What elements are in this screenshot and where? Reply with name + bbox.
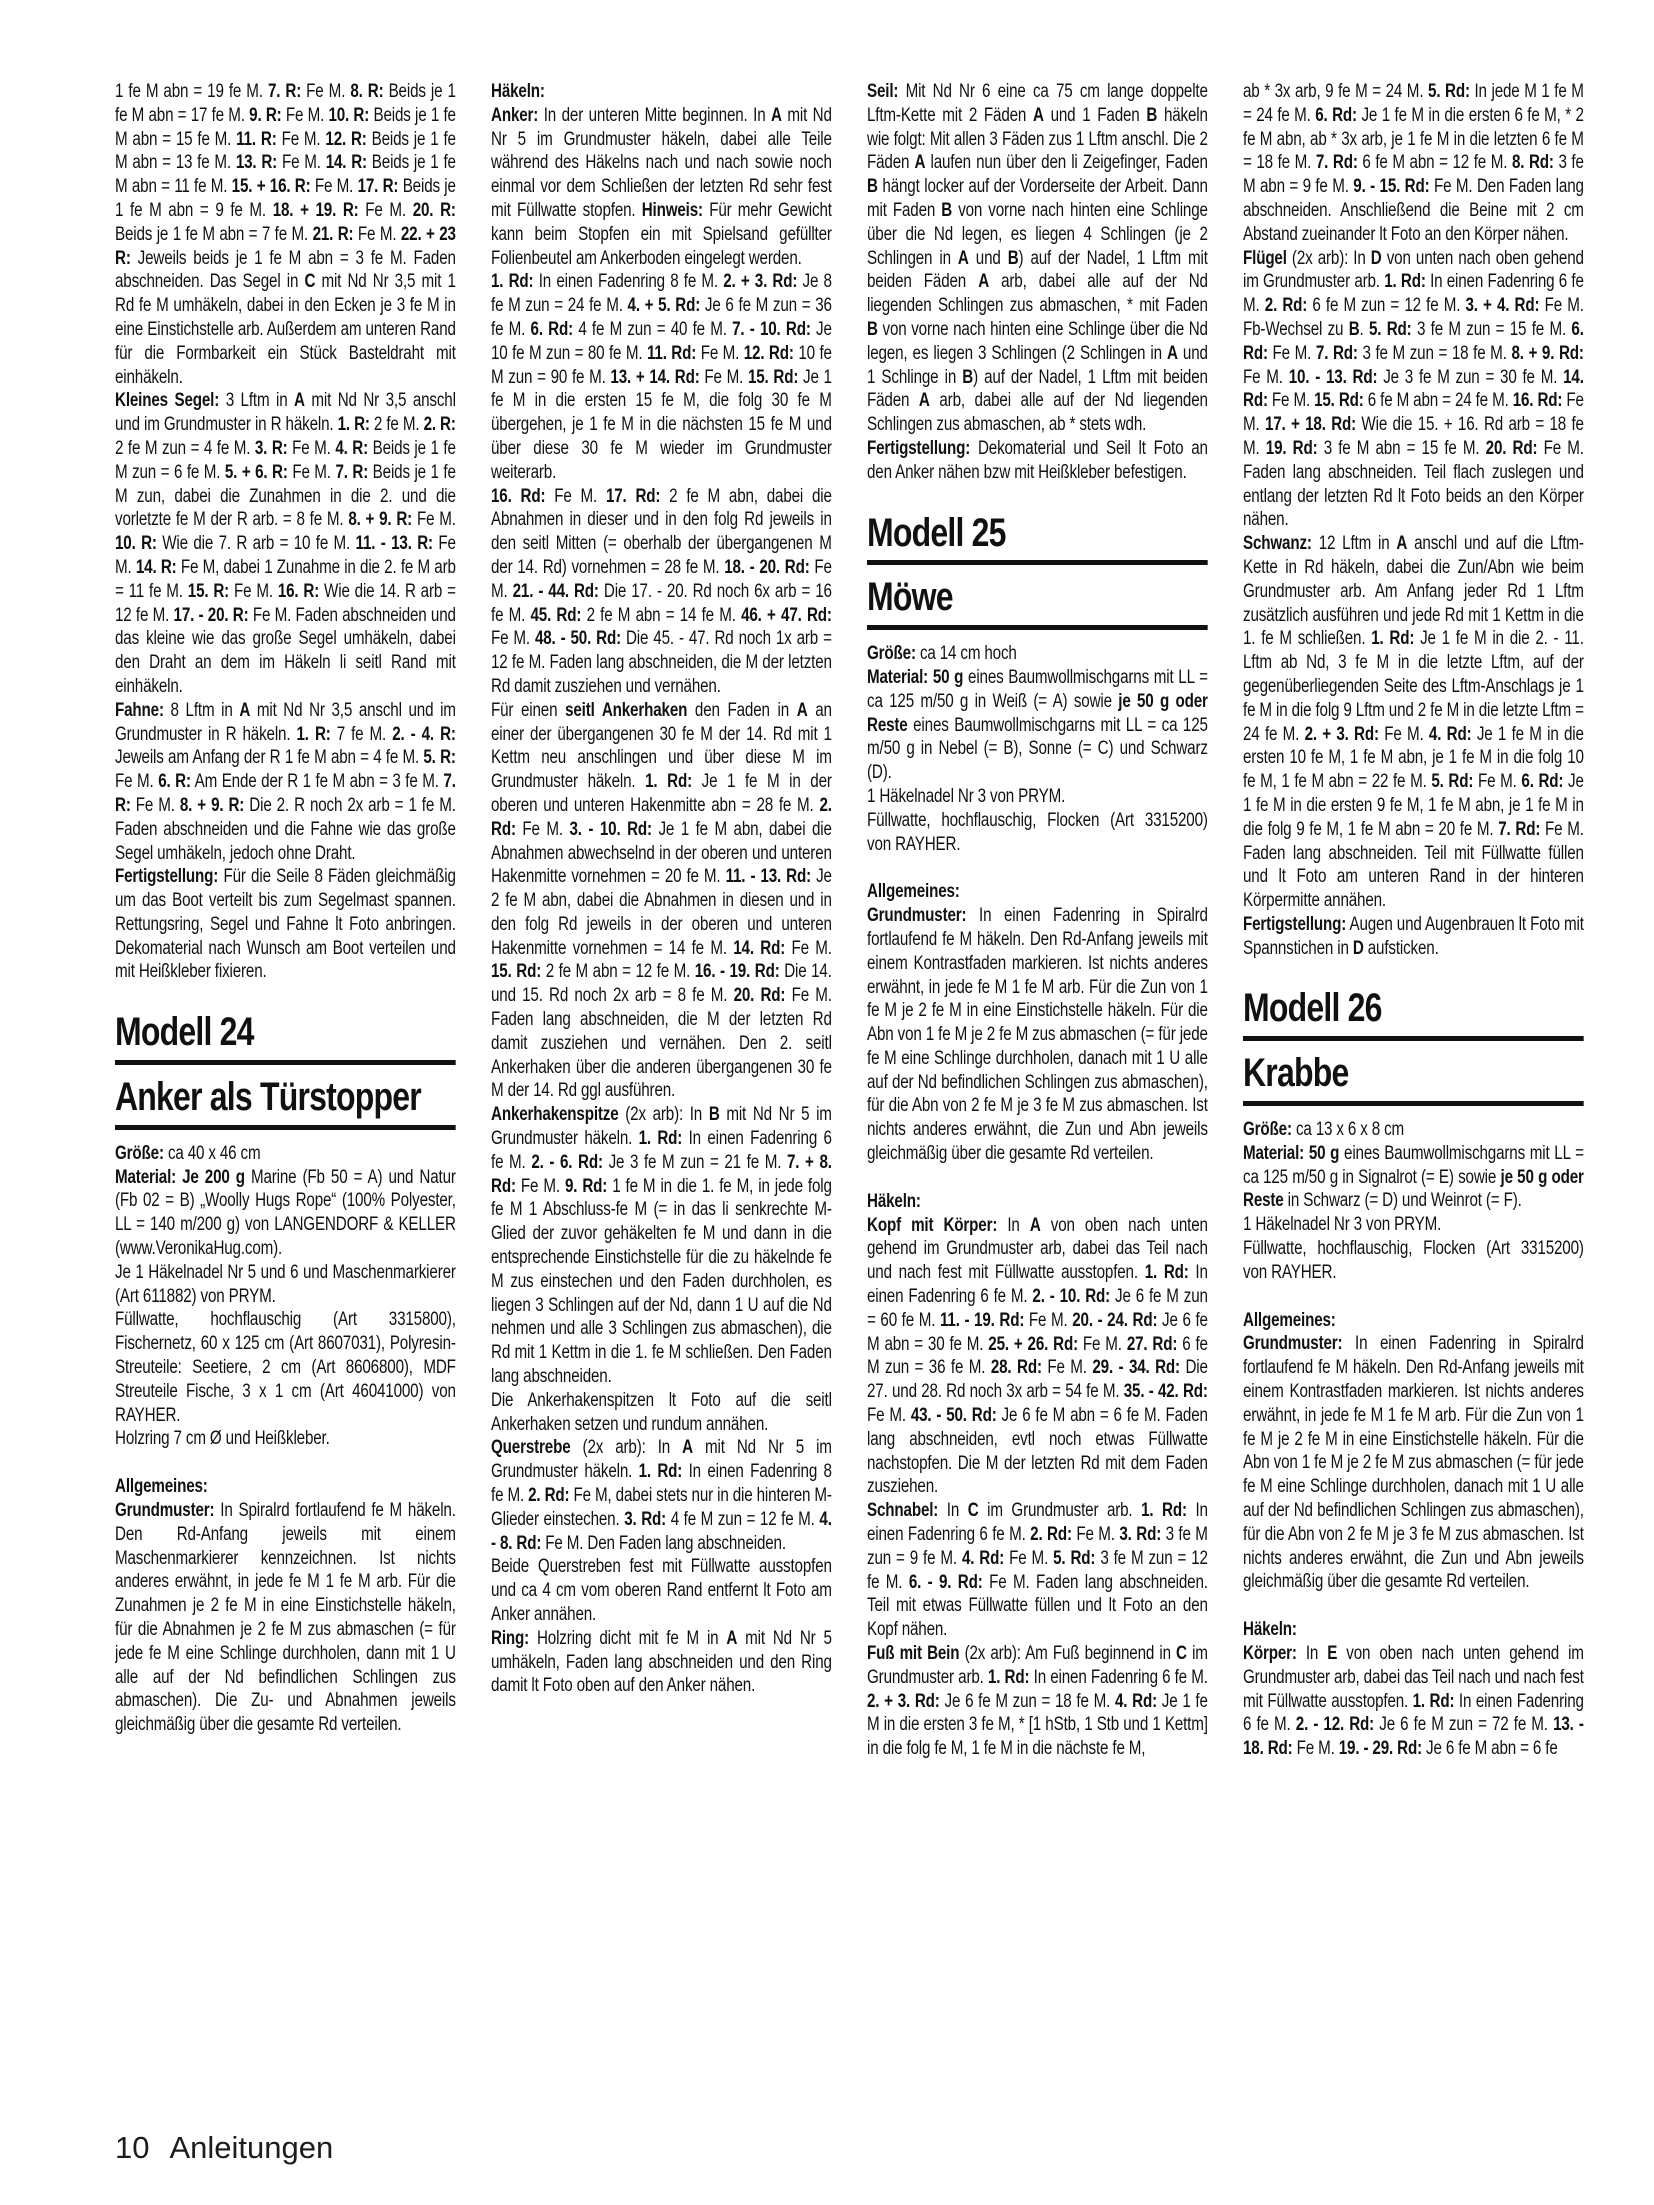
model-title: Modell 24	[115, 1012, 456, 1065]
text-column-3: Seil: Mit Nd Nr 6 eine ca 75 cm lange do…	[867, 80, 1208, 2132]
text-column-1: 1 fe M abn = 19 fe M. 7. R: Fe M. 8. R: …	[115, 80, 456, 2132]
paragraph-gap	[867, 1166, 1208, 1190]
paragraph: Material: Je 200 g Marine (Fb 50 = A) un…	[115, 1166, 456, 1261]
page-number: 10	[115, 2130, 149, 2166]
footer-label: Anleitungen	[169, 2130, 333, 2165]
paragraph: Allgemeines:	[115, 1475, 456, 1499]
paragraph-gap	[1243, 1285, 1584, 1309]
paragraph: 1. Rd: In einen Fadenring 8 fe M. 2. + 3…	[491, 270, 832, 484]
paragraph: Material: 50 g eines Baumwollmischgarns …	[1243, 1142, 1584, 1213]
paragraph: Flügel (2x arb): In D von unten nach obe…	[1243, 247, 1584, 533]
paragraph: 1 Häkelnadel Nr 3 von PRYM.	[1243, 1213, 1584, 1237]
paragraph-gap	[115, 1451, 456, 1475]
paragraph: Allgemeines:	[867, 880, 1208, 904]
paragraph: Beide Querstreben fest mit Füllwatte aus…	[491, 1555, 832, 1626]
text-column-2: Häkeln:Anker: In der unteren Mitte begin…	[491, 80, 832, 2132]
paragraph: Grundmuster: In einen Fadenring in Spira…	[1243, 1332, 1584, 1594]
paragraph: Körper: In E von oben nach unten gehend …	[1243, 1642, 1584, 1761]
paragraph: 1 fe M abn = 19 fe M. 7. R: Fe M. 8. R: …	[115, 80, 456, 389]
paragraph: 1 Häkelnadel Nr 3 von PRYM.	[867, 785, 1208, 809]
paragraph: Ring: Holzring dicht mit fe M in A mit N…	[491, 1627, 832, 1698]
model-title: Modell 26	[1243, 988, 1584, 1041]
paragraph: Die Ankerhakenspitzen lt Foto auf die se…	[491, 1389, 832, 1437]
paragraph: Kleines Segel: 3 Lftm in A mit Nd Nr 3,5…	[115, 389, 456, 698]
model-title: Krabbe	[1243, 1053, 1584, 1106]
paragraph: Schnabel: In C im Grundmuster arb. 1. Rd…	[867, 1499, 1208, 1642]
text-column-4: ab * 3x arb, 9 fe M = 24 M. 5. Rd: In je…	[1243, 80, 1584, 2132]
magazine-page: 1 fe M abn = 19 fe M. 7. R: Fe M. 8. R: …	[0, 0, 1654, 2205]
paragraph: Material: 50 g eines Baumwollmischgarns …	[867, 666, 1208, 785]
paragraph: Grundmuster: In Spiralrd fortlaufend fe …	[115, 1499, 456, 1737]
paragraph: Allgemeines:	[1243, 1309, 1584, 1333]
paragraph: Häkeln:	[491, 80, 832, 104]
paragraph: Füllwatte, hochflauschig (Art 3315800), …	[115, 1308, 456, 1427]
paragraph: Häkeln:	[1243, 1618, 1584, 1642]
page-footer: 10Anleitungen	[115, 2130, 333, 2166]
paragraph: Füllwatte, hochflauschig, Flocken (Art 3…	[867, 809, 1208, 857]
paragraph: Fertigstellung: Für die Seile 8 Fäden gl…	[115, 865, 456, 984]
paragraph: Größe: ca 40 x 46 cm	[115, 1142, 456, 1166]
paragraph: Schwanz: 12 Lftm in A anschl und auf die…	[1243, 532, 1584, 913]
paragraph: Häkeln:	[867, 1190, 1208, 1214]
paragraph: Für einen seitl Ankerhaken den Faden in …	[491, 699, 832, 1104]
paragraph: Anker: In der unteren Mitte beginnen. In…	[491, 104, 832, 271]
paragraph: Füllwatte, hochflauschig, Flocken (Art 3…	[1243, 1237, 1584, 1285]
paragraph: Seil: Mit Nd Nr 6 eine ca 75 cm lange do…	[867, 80, 1208, 437]
paragraph: Grundmuster: In einen Fadenring in Spira…	[867, 904, 1208, 1166]
model-title: Modell 25	[867, 513, 1208, 566]
paragraph: Größe: ca 14 cm hoch	[867, 642, 1208, 666]
paragraph: Je 1 Häkelnadel Nr 5 und 6 und Maschenma…	[115, 1261, 456, 1309]
paragraph: 16. Rd: Fe M. 17. Rd: 2 fe M abn, dabei …	[491, 485, 832, 699]
paragraph: Fuß mit Bein (2x arb): Am Fuß beginnend …	[867, 1642, 1208, 1761]
paragraph-gap	[1243, 1594, 1584, 1618]
paragraph: Ankerhakenspitze (2x arb): In B mit Nd N…	[491, 1103, 832, 1389]
paragraph: Größe: ca 13 x 6 x 8 cm	[1243, 1118, 1584, 1142]
paragraph: Fertigstellung: Dekomaterial und Seil lt…	[867, 437, 1208, 485]
paragraph-gap	[867, 856, 1208, 880]
paragraph: Holzring 7 cm Ø und Heißkleber.	[115, 1427, 456, 1451]
paragraph: Kopf mit Körper: In A von oben nach unte…	[867, 1214, 1208, 1500]
paragraph: Fahne: 8 Lftm in A mit Nd Nr 3,5 anschl …	[115, 699, 456, 866]
paragraph: Fertigstellung: Augen und Augenbrauen lt…	[1243, 913, 1584, 961]
paragraph: Querstrebe (2x arb): In A mit Nd Nr 5 im…	[491, 1436, 832, 1555]
model-title: Anker als Türstopper	[115, 1077, 456, 1130]
paragraph: ab * 3x arb, 9 fe M = 24 M. 5. Rd: In je…	[1243, 80, 1584, 247]
model-title: Möwe	[867, 577, 1208, 630]
